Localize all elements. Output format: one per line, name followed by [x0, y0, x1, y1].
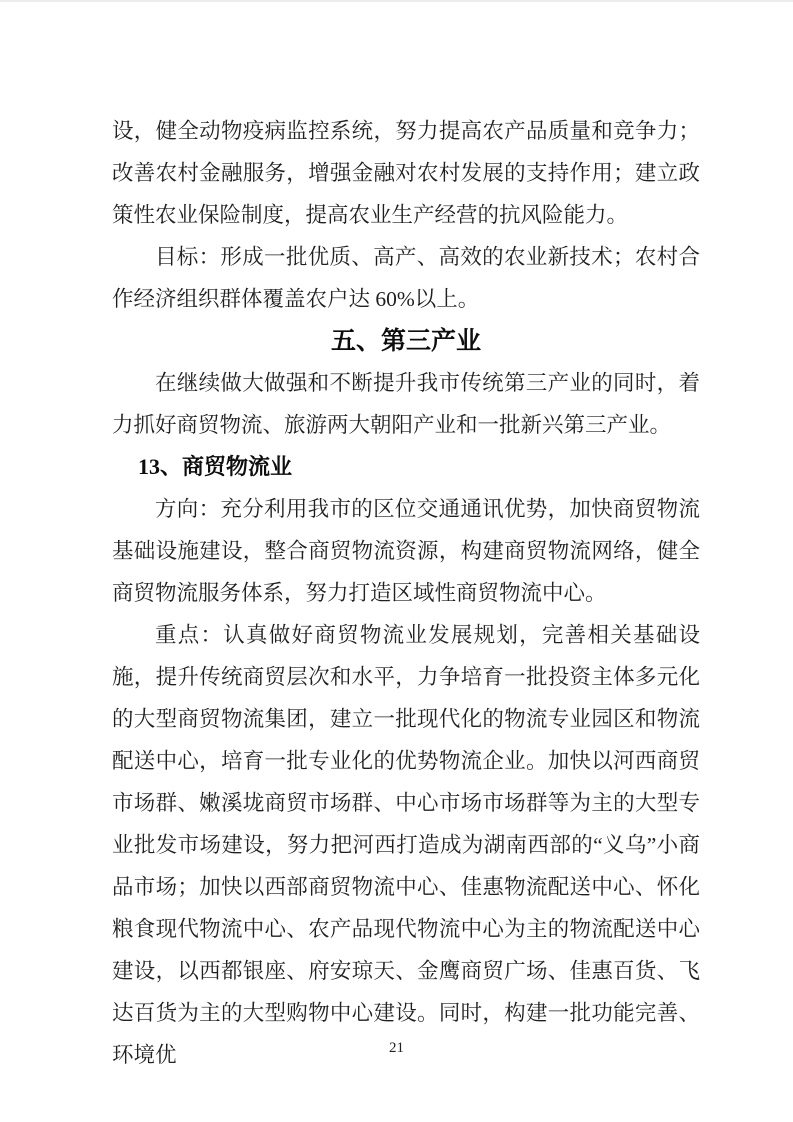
- page-top-edge: [0, 0, 793, 2]
- document-page: 设，健全动物疫病监控系统，努力提高农产品质量和竞争力；改善农村金融服务，增强金融…: [0, 0, 793, 1122]
- page-number: 21: [0, 1038, 793, 1058]
- document-content: 设，健全动物疫病监控系统，努力提高农产品质量和竞争力；改善农村金融服务，增强金融…: [112, 110, 700, 1076]
- section-heading: 五、第三产业: [112, 320, 700, 362]
- sub-heading: 13、商贸物流业: [112, 446, 700, 488]
- paragraph: 方向：充分利用我市的区位交通通讯优势，加快商贸物流基础设施建设，整合商贸物流资源…: [112, 488, 700, 614]
- paragraph: 目标：形成一批优质、高产、高效的农业新技术；农村合作经济组织群体覆盖农户达 60…: [112, 236, 700, 320]
- paragraph: 设，健全动物疫病监控系统，努力提高农产品质量和竞争力；改善农村金融服务，增强金融…: [112, 110, 700, 236]
- paragraph: 在继续做大做强和不断提升我市传统第三产业的同时，着力抓好商贸物流、旅游两大朝阳产…: [112, 362, 700, 446]
- paragraph: 重点：认真做好商贸物流业发展规划，完善相关基础设施，提升传统商贸层次和水平，力争…: [112, 614, 700, 1076]
